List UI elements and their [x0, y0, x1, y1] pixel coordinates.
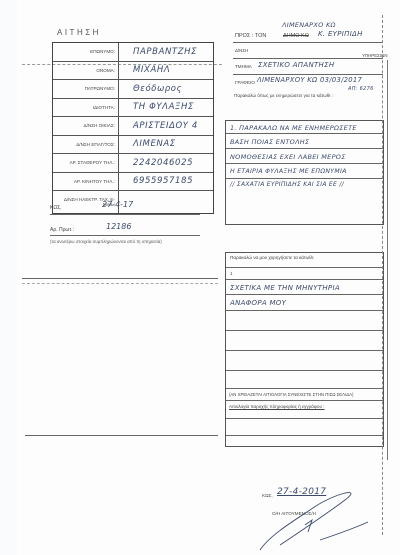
field-value: 6955957185	[119, 173, 213, 191]
scan-artifact-line	[22, 283, 218, 284]
field-capacity: ΙΔΙΟΤΗΤΑ: ΤΗ ΦΥΛΑΞΗΣ	[53, 99, 213, 118]
signature	[250, 480, 370, 555]
inform-line: ΝΟΜΟΘΕΣΙΑΣ ΕΧΕΙ ΛΑΒΕΙ ΜΕΡΟΣ	[230, 153, 346, 161]
reference-number: ΑΠ: 6276	[348, 86, 374, 92]
office-label: ΓΡΑΦΕΙΟ	[235, 80, 255, 85]
directorate-label: Δ/ΝΣΗ	[235, 48, 248, 53]
field-value: ΛΙΜΕΝΑΣ	[119, 136, 213, 154]
provide-number: 1	[230, 271, 233, 276]
inform-line: Η ΕΤΑΙΡΙΑ ΦΥΛΑΞΗΣ ΜΕ ΕΠΩΝΥΜΙΑ	[230, 168, 347, 175]
field-label: ΑΡ. ΣΤΑΘΕΡΟΥ ΤΗΛ.:	[53, 154, 119, 172]
office-value: ΛΙΜΕΝΑΡΧΟΥ ΚΩ 03/03/2017	[257, 76, 362, 84]
scan-artifact-line	[382, 15, 383, 535]
field-value: ΑΡΙΣΤΕΙΔΟΥ 4	[119, 117, 213, 135]
continue-note: (ΑΝ ΧΡΕΙΑΖΕΤΑΙ ΑΙΤΙΟΛΟΓΙΑ ΣΥΝΕΧΙΣΤΕ ΣΤΗΝ…	[229, 392, 353, 397]
recipient-handwritten-above: ΛΙΜΕΝΑΡΧΟ ΚΩ	[282, 21, 336, 29]
provide-line: ΣΧΕΤΙΚΑ ΜΕ ΤΗΝ ΜΗΝΥΤΗΡΙΑ	[230, 284, 340, 292]
divider	[22, 278, 218, 279]
field-value: ΠΑΡΒΑΝΤΖΗΣ	[119, 43, 213, 61]
protocol-label: Αρ. Πρωτ.:	[50, 227, 74, 233]
field-label: Δ/ΝΣΗ ΕΠΑΓ/ΤΟΣ:	[53, 136, 119, 154]
applicant-details-table: ΕΠΩΝΥΜΟ: ΠΑΡΒΑΝΤΖΗΣ ΟΝΟΜΑ: ΜΙΧΑΗΛ ΠΑΤΡΩΝ…	[52, 42, 214, 214]
field-label: ΕΠΩΝΥΜΟ:	[53, 43, 119, 61]
divider	[25, 435, 218, 436]
field-label: ΠΑΤΡΩΝΥΜΟ:	[53, 80, 119, 98]
department-value: ΣΧΕΤΙΚΟ ΑΠΑΝΤΗΣΗ	[258, 61, 334, 69]
field-value: 2242046025	[119, 154, 213, 172]
divider	[226, 310, 383, 311]
field-home-address: Δ/ΝΣΗ ΟΙΚΙΑΣ: ΑΡΙΣΤΕΙΔΟΥ 4	[53, 117, 213, 136]
divider	[226, 133, 383, 134]
field-patronymic: ΠΑΤΡΩΝΥΜΟ: Θεόδωρος	[53, 80, 213, 99]
inform-line: ΒΑΣΗ ΠΟΙΑΣ ΕΝΤΟΛΗΣ	[230, 138, 309, 146]
department-label: ΤΜΗΜΑ	[235, 64, 252, 69]
divider	[226, 279, 383, 280]
justification-label: Αιτιολογία παροχής πληροφορίας ή εγγράφο…	[229, 404, 325, 409]
field-work-address: Δ/ΝΣΗ ΕΠΑΓ/ΤΟΣ: ΛΙΜΕΝΑΣ	[53, 136, 213, 155]
field-label: ΟΝΟΜΑ:	[53, 62, 119, 80]
field-value: ΤΗ ΦΥΛΑΞΗΣ	[119, 99, 213, 117]
field-label: ΑΡ. ΚΙΝΗΤΟΥ ΤΗΛ.:	[53, 173, 119, 191]
protocol-row: Αρ. Πρωτ.: 12186	[50, 227, 210, 233]
divider	[226, 178, 383, 179]
divider	[226, 370, 383, 371]
divider	[50, 235, 200, 236]
recipient-handwritten-after: Κ. ΕΥΡΙΠΙΔΗ	[318, 30, 363, 38]
provide-prompt: Παρακαλώ να μου χορηγήσετε τα κάτωθι:	[230, 255, 314, 260]
field-label: Δ/ΝΣΗ ΟΙΚΙΑΣ:	[53, 117, 119, 135]
field-landline: ΑΡ. ΣΤΑΘΕΡΟΥ ΤΗΛ.: 2242046025	[53, 154, 213, 173]
field-value: ΜΙΧΑΗΛ	[119, 62, 213, 80]
place-date-value: 27-4-17	[102, 200, 133, 209]
place-date-row: ΚΩΣ, 27-4-17	[50, 205, 210, 211]
field-surname: ΕΠΩΝΥΜΟ: ΠΑΡΒΑΝΤΖΗΣ	[53, 43, 213, 62]
field-mobile: ΑΡ. ΚΙΝΗΤΟΥ ΤΗΛ.: 6955957185	[53, 173, 213, 192]
divider	[226, 330, 383, 331]
divider	[226, 350, 383, 351]
place-label: ΚΩΣ,	[50, 205, 62, 211]
office-note: (τα ανωτέρω στοιχεία συμπληρώνονται από …	[50, 239, 162, 244]
divider	[226, 418, 383, 419]
divider	[226, 294, 383, 295]
inform-line: // ΣΑΧΑΤΙΑ ΕΥΡΙΠΙΔΗΣ ΚΑΙ ΣΙΑ ΕΕ //	[230, 181, 344, 188]
divider	[233, 42, 383, 43]
divider	[226, 163, 383, 164]
divider	[233, 74, 383, 75]
divider	[226, 267, 383, 268]
field-value: Θεόδωρος	[119, 80, 213, 98]
recipient-to-label: ΠΡΟΣ : ΤΟΝ	[235, 33, 266, 39]
protocol-number: 12186	[106, 222, 131, 231]
divider	[226, 400, 383, 401]
divider	[226, 435, 383, 436]
field-name: ΟΝΟΜΑ: ΜΙΧΑΗΛ	[53, 62, 213, 81]
inform-prompt: Παρακαλώ όπως με ενημερώσετε για τα κάτω…	[234, 93, 333, 98]
inform-line: 1. ΠΑΡΑΚΑΛΩ ΝΑ ΜΕ ΕΝΗΜΕΡΩΣΕΤΕ	[230, 124, 357, 132]
divider	[233, 58, 383, 59]
document-title: ΑΙΤΗΣΗ	[57, 28, 101, 37]
field-label: ΙΔΙΟΤΗΤΑ:	[53, 99, 119, 117]
divider	[226, 148, 383, 149]
scan-artifact-line	[387, 60, 388, 460]
provide-line: ΑΝΑΦΟΡΑ ΜΟΥ	[230, 299, 286, 307]
divider	[50, 214, 200, 215]
recipient-struck: ΔΗΜΟ ΚΩ	[283, 33, 309, 39]
divider	[226, 388, 383, 389]
